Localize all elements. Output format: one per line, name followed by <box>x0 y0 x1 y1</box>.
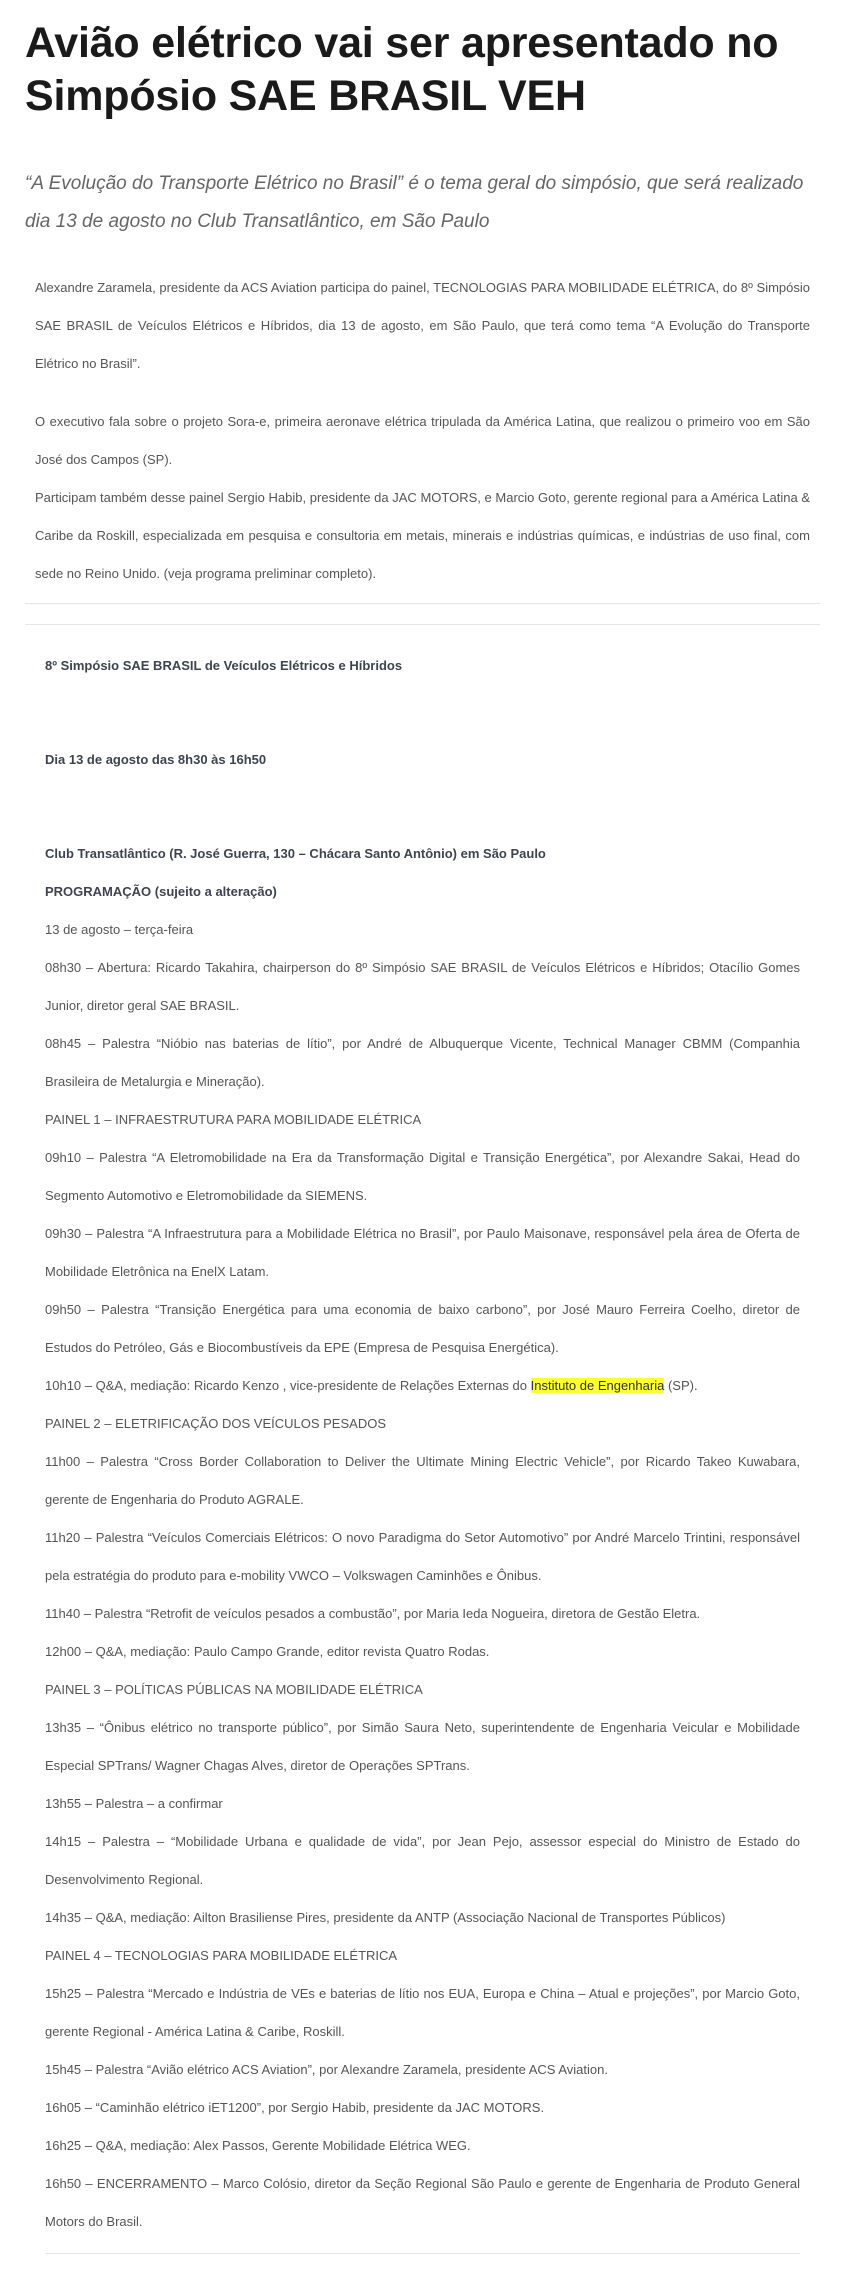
program-item: 10h10 – Q&A, mediação: Ricardo Kenzo , v… <box>45 1367 800 1405</box>
program-item-text: (SP). <box>664 1378 697 1393</box>
program-section: 8º Simpósio SAE BRASIL de Veículos Elétr… <box>25 647 820 2241</box>
highlighted-text: Instituto de Engenharia <box>531 1378 665 1393</box>
event-venue: Club Transatlântico (R. José Guerra, 130… <box>45 835 800 873</box>
program-item-text: 10h10 – Q&A, mediação: Ricardo Kenzo , v… <box>45 1378 531 1393</box>
program-item: 11h20 – Palestra “Veículos Comerciais El… <box>45 1519 800 1595</box>
program-item: 08h30 – Abertura: Ricardo Takahira, chai… <box>45 949 800 1025</box>
event-date-time: Dia 13 de agosto das 8h30 às 16h50 <box>45 741 800 779</box>
program-item: 09h30 – Palestra “A Infraestrutura para … <box>45 1215 800 1291</box>
program-item: 13h35 – “Ônibus elétrico no transporte p… <box>45 1709 800 1785</box>
program-item: 09h50 – Palestra “Transição Energética p… <box>45 1291 800 1367</box>
event-name: 8º Simpósio SAE BRASIL de Veículos Elétr… <box>45 647 800 685</box>
spacer <box>45 779 800 835</box>
program-item: 15h25 – Palestra “Mercado e Indústria de… <box>45 1975 800 2051</box>
program-item: 12h00 – Q&A, mediação: Paulo Campo Grand… <box>45 1633 800 1671</box>
program-heading: PROGRAMAÇÃO (sujeito a alteração) <box>45 873 800 911</box>
intro-paragraph: O executivo fala sobre o projeto Sora-e,… <box>35 403 810 479</box>
program-item: 11h40 – Palestra “Retrofit de veículos p… <box>45 1595 800 1633</box>
spacer <box>25 2254 820 2274</box>
intro-paragraph: Alexandre Zaramela, presidente da ACS Av… <box>35 269 810 383</box>
divider <box>25 603 820 604</box>
program-item: 08h45 – Palestra “Nióbio nas baterias de… <box>45 1025 800 1101</box>
program-item: 13h55 – Palestra – a confirmar <box>45 1785 800 1823</box>
page-title: Avião elétrico vai ser apresentado no Si… <box>25 0 820 123</box>
program-item: 14h35 – Q&A, mediação: Ailton Brasiliens… <box>45 1899 800 1937</box>
program-item: 14h15 – Palestra – “Mobilidade Urbana e … <box>45 1823 800 1899</box>
program-item: 16h50 – ENCERRAMENTO – Marco Colósio, di… <box>45 2165 800 2241</box>
article: Avião elétrico vai ser apresentado no Si… <box>0 0 845 2274</box>
program-item: 11h00 – Palestra “Cross Border Collabora… <box>45 1443 800 1519</box>
program-item: 09h10 – Palestra “A Eletromobilidade na … <box>45 1139 800 1215</box>
program-day: 13 de agosto – terça-feira <box>45 911 800 949</box>
program-items: PAINEL 2 – ELETRIFICAÇÃO DOS VEÍCULOS PE… <box>45 1405 800 2241</box>
intro-paragraph: Participam também desse painel Sergio Ha… <box>35 479 810 593</box>
program-item: 16h05 – “Caminhão elétrico iET1200”, por… <box>45 2089 800 2127</box>
program-item: 15h45 – Palestra “Avião elétrico ACS Avi… <box>45 2051 800 2089</box>
divider <box>25 624 820 625</box>
article-intro: Alexandre Zaramela, presidente da ACS Av… <box>25 269 820 593</box>
spacer <box>45 685 800 741</box>
program-item: PAINEL 3 – POLÍTICAS PÚBLICAS NA MOBILID… <box>45 1671 800 1709</box>
article-subtitle: “A Evolução do Transporte Elétrico no Br… <box>25 165 820 241</box>
program-item: PAINEL 1 – INFRAESTRUTURA PARA MOBILIDAD… <box>45 1101 800 1139</box>
program-item: 16h25 – Q&A, mediação: Alex Passos, Gere… <box>45 2127 800 2165</box>
program-item: PAINEL 4 – TECNOLOGIAS PARA MOBILIDADE E… <box>45 1937 800 1975</box>
program-item: PAINEL 2 – ELETRIFICAÇÃO DOS VEÍCULOS PE… <box>45 1405 800 1443</box>
program-items: 08h30 – Abertura: Ricardo Takahira, chai… <box>45 949 800 1367</box>
